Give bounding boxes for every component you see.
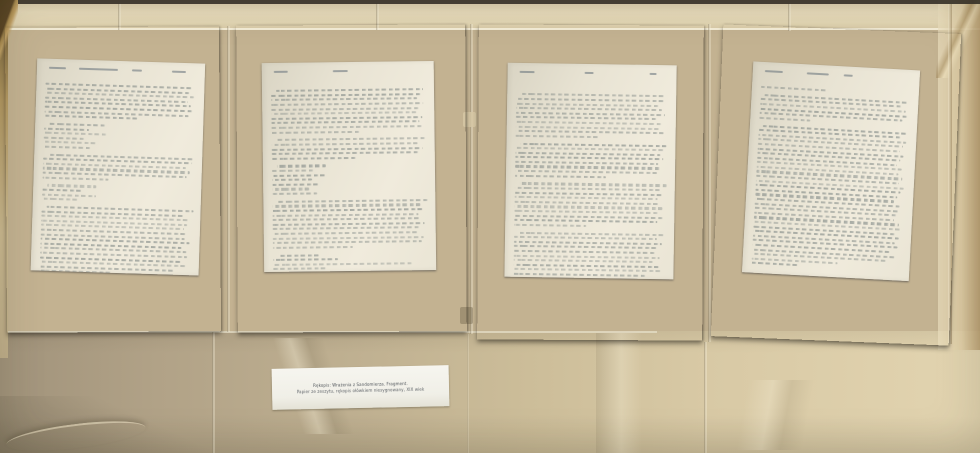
manuscript-page-4 [742,61,920,281]
caption-label: Rękopis: Wrażenia z Sandomierza. Fragmen… [272,365,450,410]
paper-fold-crease [227,26,230,332]
table-top-edge [0,0,980,4]
paper-fold-crease [596,333,642,453]
paper-fold-crease [708,24,711,342]
manuscript-page-1 [31,58,206,275]
exhibit-photo: Rękopis: Wrażenia z Sandomierza. Fragmen… [0,0,980,453]
handwritten-text-block [271,85,427,272]
paper-wrinkle [640,380,900,450]
caption-text-line-2: Papier ze zeszytu, rękopis ołówkiem nies… [297,386,425,395]
handwritten-text-block [751,86,910,281]
blue-mount-4 [711,24,961,345]
manuscript-header-line [271,69,425,74]
blue-mount-1 [5,26,221,332]
manuscript-header-line [762,70,911,81]
blue-mount-3 [477,24,704,340]
handwritten-text-block [513,87,667,279]
manuscript-page-2 [262,61,437,272]
paper-fold-crease [470,24,473,334]
blue-mount-2 [236,24,467,332]
manuscript-header-line [517,71,668,76]
manuscript-page-3 [504,63,676,280]
manuscript-header-line [46,67,196,75]
handwritten-text-block [40,83,196,276]
paper-fold-crease [467,334,469,453]
